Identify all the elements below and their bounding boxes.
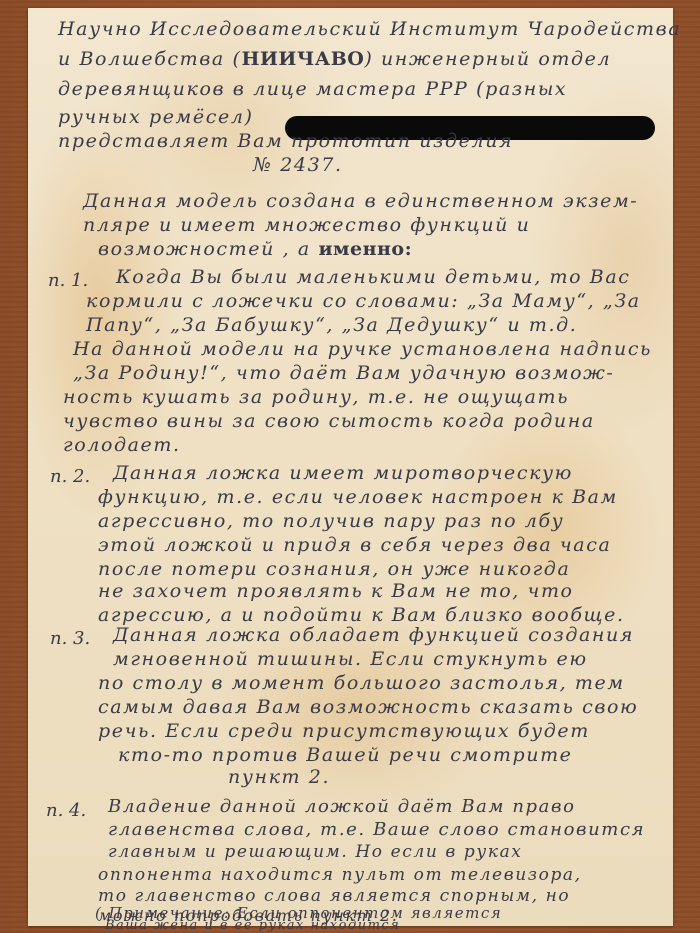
- intro-line-3: возможностей , а именно:: [98, 240, 412, 259]
- item-4-line: главным и решающим. Но если в руках: [108, 844, 523, 861]
- header-line-2-end: ) инженерный отдел: [364, 48, 611, 70]
- item-1-line: Папу“, „За Бабушку“, „За Дедушку“ и т.д.: [86, 316, 577, 335]
- intro-line-2: пляре и имеет множество функций и: [83, 216, 530, 235]
- item-2-line: Данная ложка имеет миротворческую: [113, 464, 573, 483]
- item-1-line: „За Родину!“, что даёт Вам удачную возмо…: [73, 364, 614, 383]
- item-2-line: после потери сознания, он уже никогда: [98, 560, 570, 579]
- item-1-line: голодает.: [63, 436, 181, 455]
- handwritten-letter-sheet: Научно Исследовательский Институт Чароде…: [28, 8, 673, 926]
- item-3-line: кто-то против Вашей речи смотрите: [118, 746, 573, 765]
- item-2-line: этой ложкой и придя в себя через два час…: [98, 536, 611, 555]
- item-1-line: кормили с ложечки со словами: „За Маму“,…: [86, 292, 641, 311]
- item-marker-4: п. 4.: [46, 800, 86, 821]
- item-2-line: агрессию, а и подойти к Вам близко вообщ…: [98, 606, 625, 625]
- item-1-line: ность кушать за родину, т.е. не ощущать: [63, 388, 569, 407]
- item-4-line: Владение данной ложкой даёт Вам право: [108, 798, 576, 816]
- item-2-line: функцию, т.е. если человек настроен к Ва…: [98, 488, 618, 507]
- item-3-line: пункт 2.: [228, 768, 330, 787]
- item-4-line: главенства слова, т.е. Ваше слово станов…: [108, 821, 645, 839]
- item-marker-2: п. 2.: [50, 466, 90, 487]
- item-1-line: чувство вины за свою сытость когда родин…: [63, 412, 595, 431]
- item-2-line: агрессивно, то получив пару раз по лбу: [98, 512, 564, 531]
- intro-emphasis: именно:: [318, 238, 412, 260]
- header-line-5: представляет Вам прототип изделия: [58, 132, 513, 151]
- header-line-4: ручных ремёсел): [58, 108, 254, 127]
- item-marker-3: п. 3.: [50, 628, 90, 649]
- note-line-2: Ваша жена и в её руках находится: [105, 918, 400, 933]
- item-1-line: На данной модели на ручке установлена на…: [73, 340, 652, 359]
- header-line-2-start: и Волшебства (: [58, 48, 242, 70]
- item-3-line: речь. Если среди присутствующих будет: [98, 722, 590, 741]
- item-2-line: не захочет проявлять к Вам не то, что: [98, 582, 574, 601]
- item-3-line: Данная ложка обладает функцией создания: [113, 626, 634, 645]
- intro-line-3-start: возможностей , а: [98, 238, 318, 260]
- item-1-line: Когда Вы были маленькими детьми, то Вас: [116, 268, 631, 287]
- item-3-line: самым давая Вам возможность сказать свою: [98, 698, 638, 717]
- item-number: № 2437.: [253, 156, 343, 175]
- item-4-line: оппонента находится пульт от телевизора,: [98, 867, 582, 884]
- header-line-1: Научно Исследовательский Институт Чароде…: [58, 20, 681, 39]
- header-line-3: деревянщиков в лице мастера РРР (разных: [58, 80, 567, 99]
- item-3-line: по столу в момент большого застолья, тем: [98, 674, 625, 693]
- institute-acronym: НИИЧАВО: [242, 48, 365, 70]
- intro-line-1: Данная модель создана в единственном экз…: [83, 192, 638, 211]
- item-marker-1: п. 1.: [48, 270, 88, 291]
- item-4-line: то главенство слова является спорным, но: [98, 888, 570, 905]
- header-line-2: и Волшебства (НИИЧАВО) инженерный отдел: [58, 50, 611, 69]
- item-3-line: мгновенной тишины. Если стукнуть ею: [113, 650, 588, 669]
